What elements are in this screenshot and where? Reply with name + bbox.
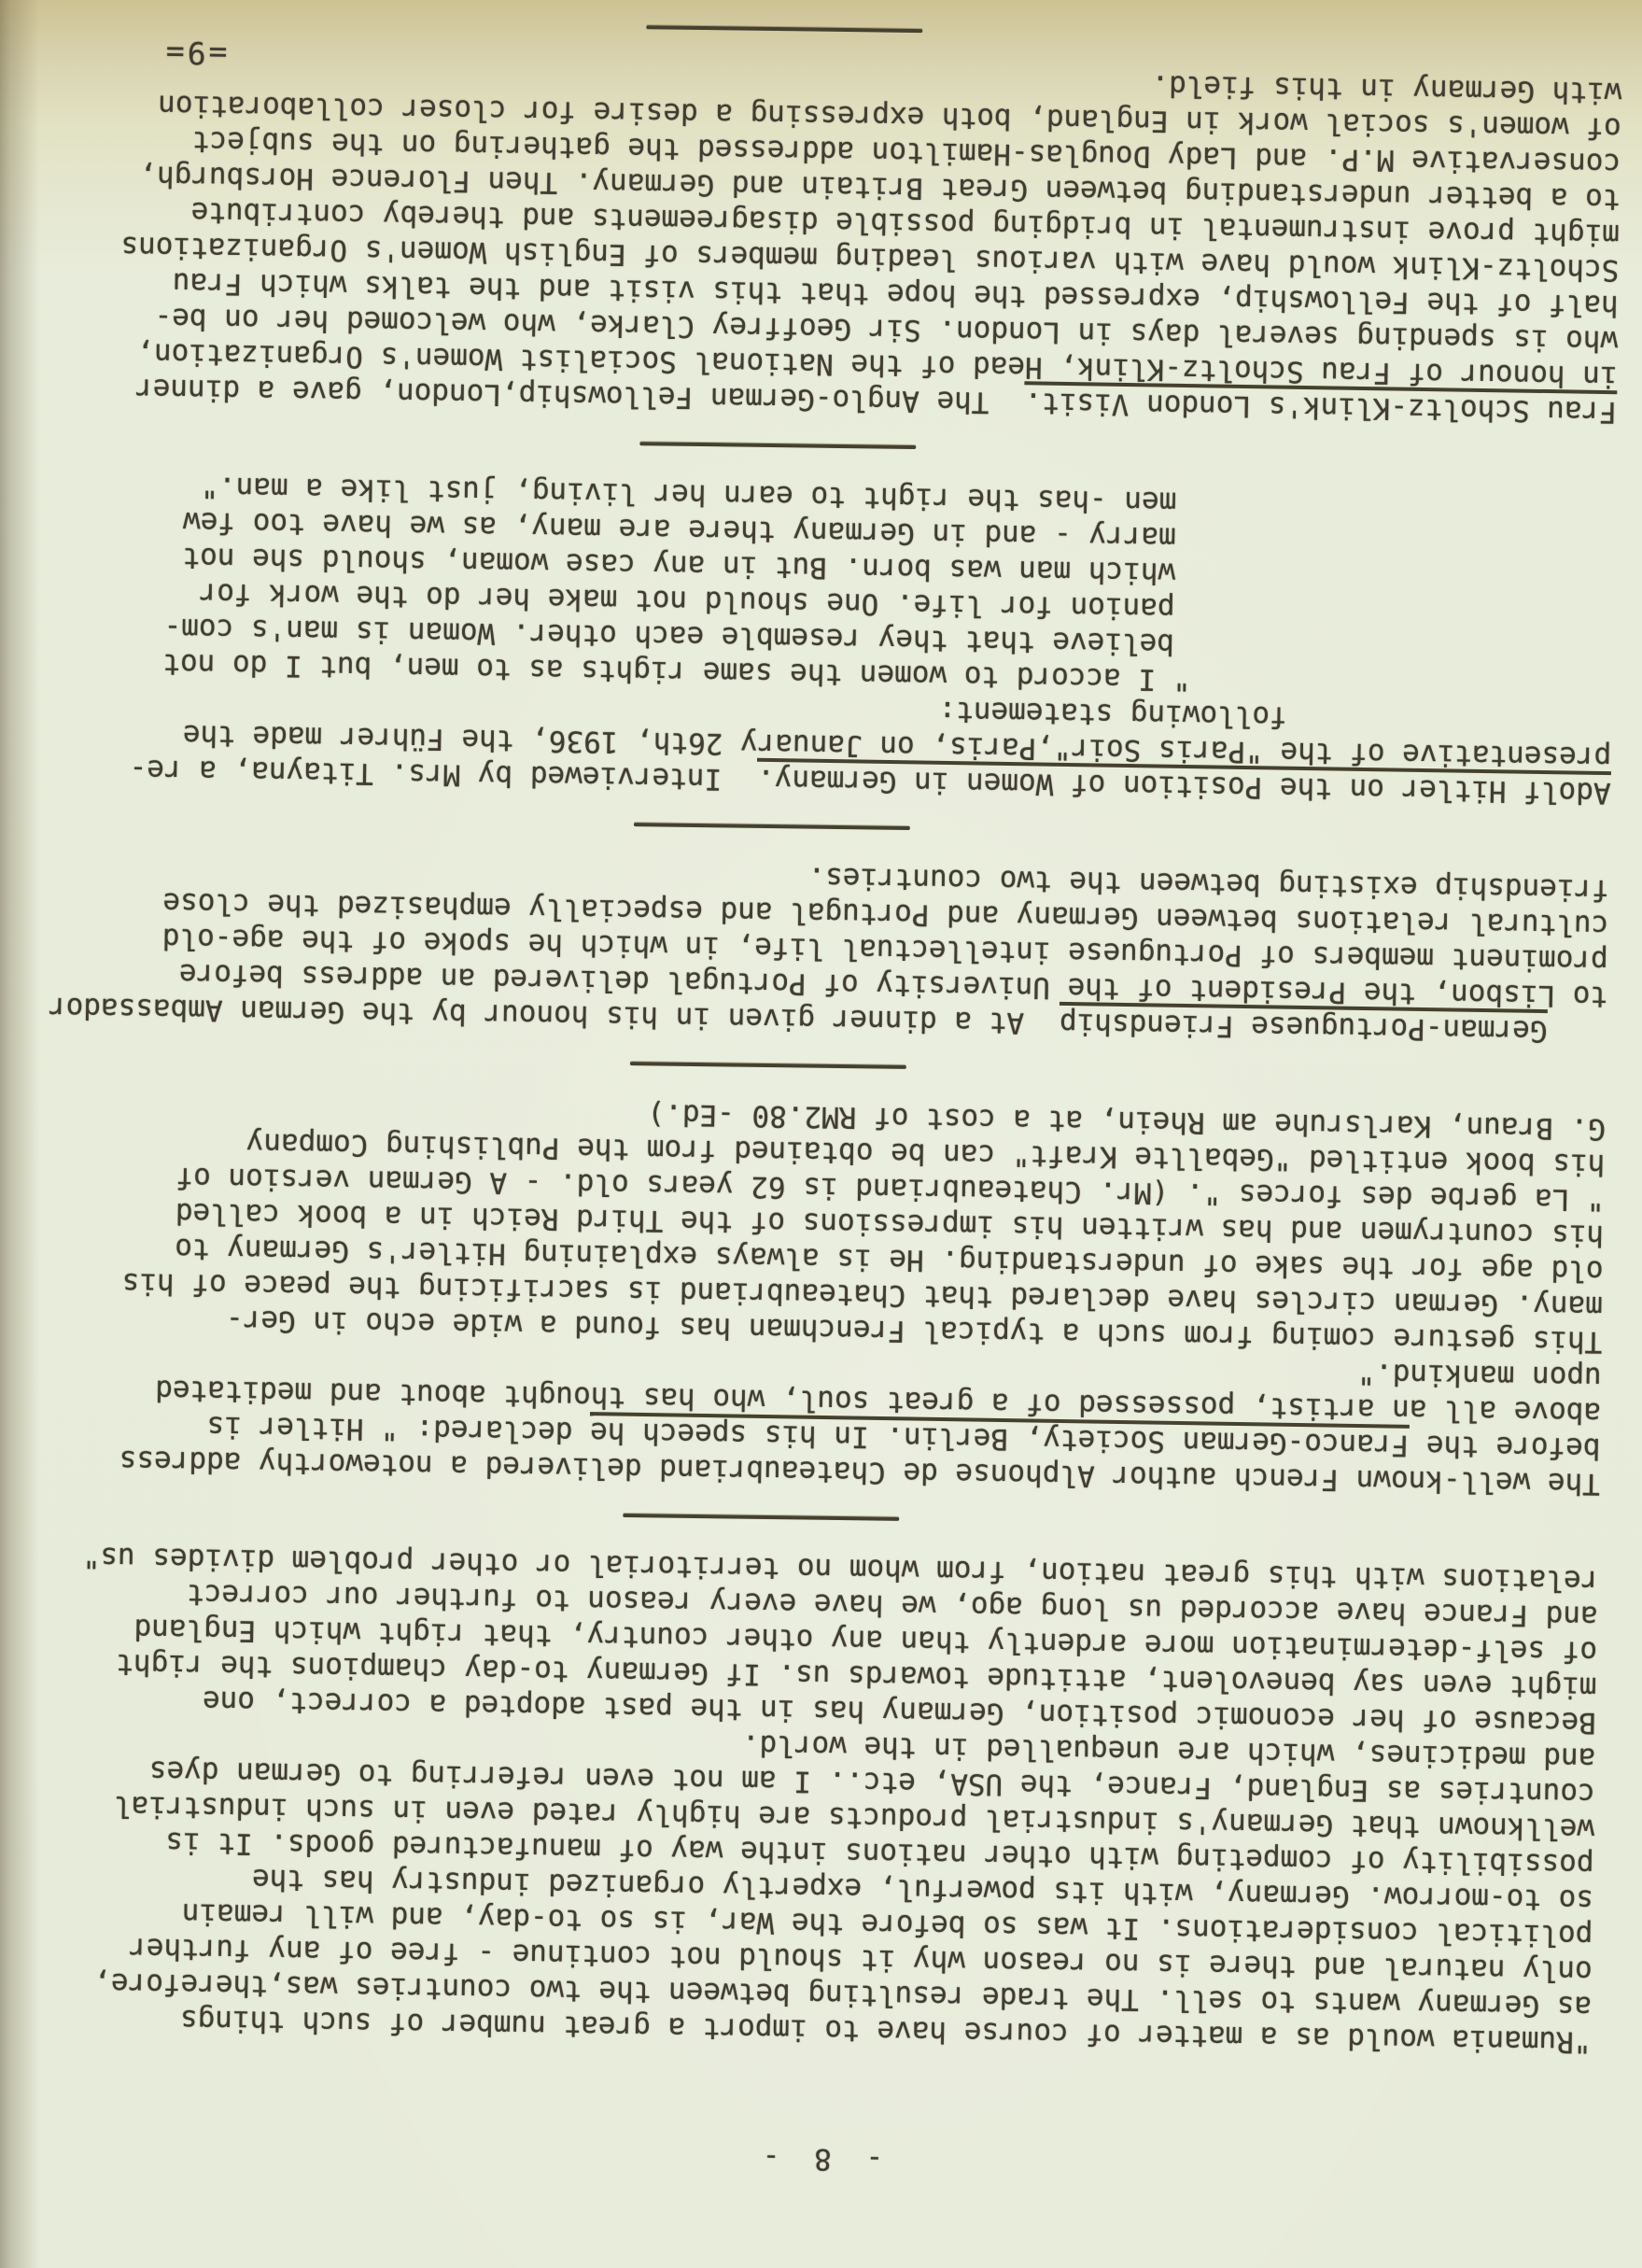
section-divider-rule xyxy=(634,823,910,830)
paragraph-block: The well-known French author Alphonse de… xyxy=(59,1087,1606,1501)
page-number: - 8 - xyxy=(48,2129,1589,2189)
paragraph-block: "Rumania would as a matter of course hav… xyxy=(49,1539,1598,2060)
article-section: German-Portuguese FriendshipAt a dinner … xyxy=(65,848,1609,1049)
section-divider-rule xyxy=(630,1062,906,1069)
article-section: Adolf Hitler on the Position of Women in… xyxy=(69,467,1615,810)
page-body: "Rumania would as a matter of course hav… xyxy=(49,16,1622,2060)
section-divider-rule xyxy=(624,1514,900,1521)
folio-number: =9= xyxy=(163,35,228,71)
page-content: - 8 - "Rumania would as a matter of cour… xyxy=(47,0,1623,2260)
section-divider-rule xyxy=(647,25,923,33)
article-section: Frau Scholtz-Klink's London Visit.The An… xyxy=(76,50,1622,430)
section-divider-rule xyxy=(640,442,917,449)
document-page: - 8 - "Rumania would as a matter of cour… xyxy=(0,0,1642,2268)
